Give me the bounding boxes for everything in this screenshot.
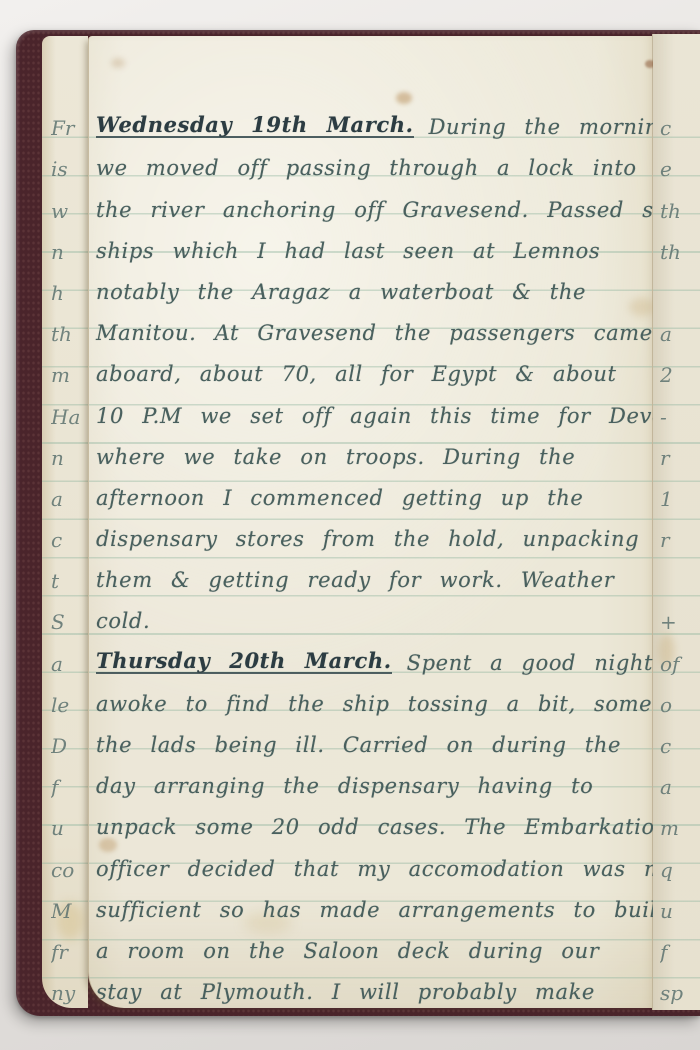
handwritten-line: sufficient so has made arrangements to b…	[96, 883, 651, 924]
left-page-text-fragment: is	[51, 141, 88, 182]
left-page-text-fragment: t	[51, 553, 88, 594]
right-page-text-fragment: 2	[660, 347, 700, 388]
previous-page-edge: FriswnhthmHanactSaleDfucoMfrny	[42, 36, 88, 1008]
left-page-text-fragment: S	[51, 594, 88, 635]
right-page-text-fragment: +	[660, 594, 700, 635]
left-page-text-fragment: a	[51, 635, 88, 676]
left-page-text-fragment: m	[51, 347, 88, 388]
line-text: stay at Plymouth. I will probably make	[96, 982, 595, 1003]
handwritten-entry: Wednesday 19th March.During the morningw…	[96, 100, 651, 1006]
right-page-text-fragment: q	[660, 841, 700, 882]
line-text: notably the Aragaz a waterboat & the	[96, 282, 586, 303]
handwritten-line: awoke to find the ship tossing a bit, so…	[96, 677, 651, 718]
left-page-text-fragment: h	[51, 265, 88, 306]
right-page-text-fragment: c	[660, 718, 700, 759]
photo-background: FriswnhthmHanactSaleDfucoMfrny Wednesday…	[0, 0, 700, 1050]
handwritten-line: cold.	[96, 594, 651, 635]
handwritten-line: afternoon I commenced getting up the	[96, 471, 651, 512]
right-page-text-fragment	[660, 265, 700, 306]
left-page-text-fragment: n	[51, 430, 88, 471]
left-page-text-fragment: D	[51, 718, 88, 759]
right-page-fragments: ceththa2-r1r+ofocamqufsp	[653, 100, 700, 1006]
left-page-text-fragment: w	[51, 182, 88, 223]
line-text: During the morning	[429, 117, 653, 138]
right-page-text-fragment: r	[660, 430, 700, 471]
line-text: them & getting ready for work. Weather	[96, 570, 614, 591]
right-page-text-fragment: of	[660, 635, 700, 676]
right-page-text-fragment: u	[660, 883, 700, 924]
left-page-text-fragment: n	[51, 224, 88, 265]
right-page-text-fragment: sp	[660, 965, 700, 1006]
diary-page: Wednesday 19th March.During the morningw…	[88, 36, 653, 1008]
right-page-text-fragment: f	[660, 924, 700, 965]
handwritten-line: day arranging the dispensary having to	[96, 759, 651, 800]
right-page-text-fragment: th	[660, 182, 700, 223]
left-page-text-fragment: M	[51, 883, 88, 924]
line-text: a room on the Saloon deck during our	[96, 941, 599, 962]
left-page-text-fragment: fr	[51, 924, 88, 965]
left-page-fragments: FriswnhthmHanactSaleDfucoMfrny	[42, 100, 88, 1006]
right-page-text-fragment: o	[660, 677, 700, 718]
right-page-text-fragment: e	[660, 141, 700, 182]
line-text: day arranging the dispensary having to	[96, 776, 593, 797]
left-page-text-fragment: ny	[51, 965, 88, 1006]
line-text: aboard, about 70, all for Egypt & about	[96, 364, 617, 385]
left-page-text-fragment: a	[51, 471, 88, 512]
line-text: we moved off passing through a lock into	[96, 158, 637, 179]
handwritten-line: Wednesday 19th March.During the morning	[96, 100, 651, 141]
handwritten-line: 10 P.M we set off again this time for De…	[96, 388, 651, 429]
left-page-text-fragment: co	[51, 841, 88, 882]
line-text: where we take on troops. During the	[96, 447, 575, 468]
line-text: Manitou. At Gravesend the passengers cam…	[96, 323, 653, 344]
right-page-text-fragment: th	[660, 224, 700, 265]
right-page-text-fragment: a	[660, 306, 700, 347]
handwritten-line: we moved off passing through a lock into	[96, 141, 651, 182]
left-page-text-fragment: f	[51, 759, 88, 800]
right-page-text-fragment: a	[660, 759, 700, 800]
line-text: 10 P.M we set off again this time for De…	[96, 406, 653, 427]
line-text: ships which I had last seen at Lemnos	[96, 241, 600, 262]
handwritten-line: dispensary stores from the hold, unpacki…	[96, 512, 651, 553]
left-page-text-fragment: u	[51, 800, 88, 841]
handwritten-line: Manitou. At Gravesend the passengers cam…	[96, 306, 651, 347]
handwritten-line: aboard, about 70, all for Egypt & about	[96, 347, 651, 388]
line-text: sufficient so has made arrangements to b…	[96, 900, 653, 921]
right-page-text-fragment: c	[660, 100, 700, 141]
right-page-text-fragment: r	[660, 512, 700, 553]
handwritten-line: notably the Aragaz a waterboat & the	[96, 265, 651, 306]
handwritten-line: them & getting ready for work. Weather	[96, 553, 651, 594]
left-page-text-fragment: le	[51, 677, 88, 718]
handwritten-line: Thursday 20th March.Spent a good night &	[96, 635, 651, 676]
date-heading: Thursday 20th March.	[96, 650, 392, 674]
line-text: dispensary stores from the hold, unpacki…	[96, 529, 639, 550]
left-page-text-fragment: c	[51, 512, 88, 553]
handwritten-line: ships which I had last seen at Lemnos	[96, 224, 651, 265]
line-text: afternoon I commenced getting up the	[96, 488, 583, 509]
line-text: Spent a good night &	[407, 653, 653, 674]
right-page-text-fragment: -	[660, 388, 700, 429]
right-page-text-fragment: 1	[660, 471, 700, 512]
handwritten-line: where we take on troops. During the	[96, 430, 651, 471]
handwritten-line: unpack some 20 odd cases. The Embarkatio…	[96, 800, 651, 841]
stain	[111, 58, 125, 68]
left-page-text-fragment: Fr	[51, 100, 88, 141]
handwritten-line: stay at Plymouth. I will probably make	[96, 965, 651, 1006]
line-text: cold.	[96, 611, 150, 632]
handwritten-line: the river anchoring off Gravesend. Passe…	[96, 182, 651, 223]
line-text: the lads being ill. Carried on during th…	[96, 735, 621, 756]
line-text: awoke to find the ship tossing a bit, so…	[96, 694, 653, 715]
right-page-text-fragment: m	[660, 800, 700, 841]
line-text: unpack some 20 odd cases. The Embarkatio…	[96, 817, 653, 838]
left-page-text-fragment: th	[51, 306, 88, 347]
next-page-edge: ceththa2-r1r+ofocamqufsp	[652, 34, 700, 1010]
handwritten-line: the lads being ill. Carried on during th…	[96, 718, 651, 759]
handwritten-line: officer decided that my accomodation was…	[96, 841, 651, 882]
handwritten-line: a room on the Saloon deck during our	[96, 924, 651, 965]
left-page-text-fragment: Ha	[51, 388, 88, 429]
date-heading: Wednesday 19th March.	[96, 114, 414, 138]
right-page-text-fragment	[660, 553, 700, 594]
line-text: officer decided that my accomodation was…	[96, 859, 653, 880]
line-text: the river anchoring off Gravesend. Passe…	[96, 200, 653, 221]
